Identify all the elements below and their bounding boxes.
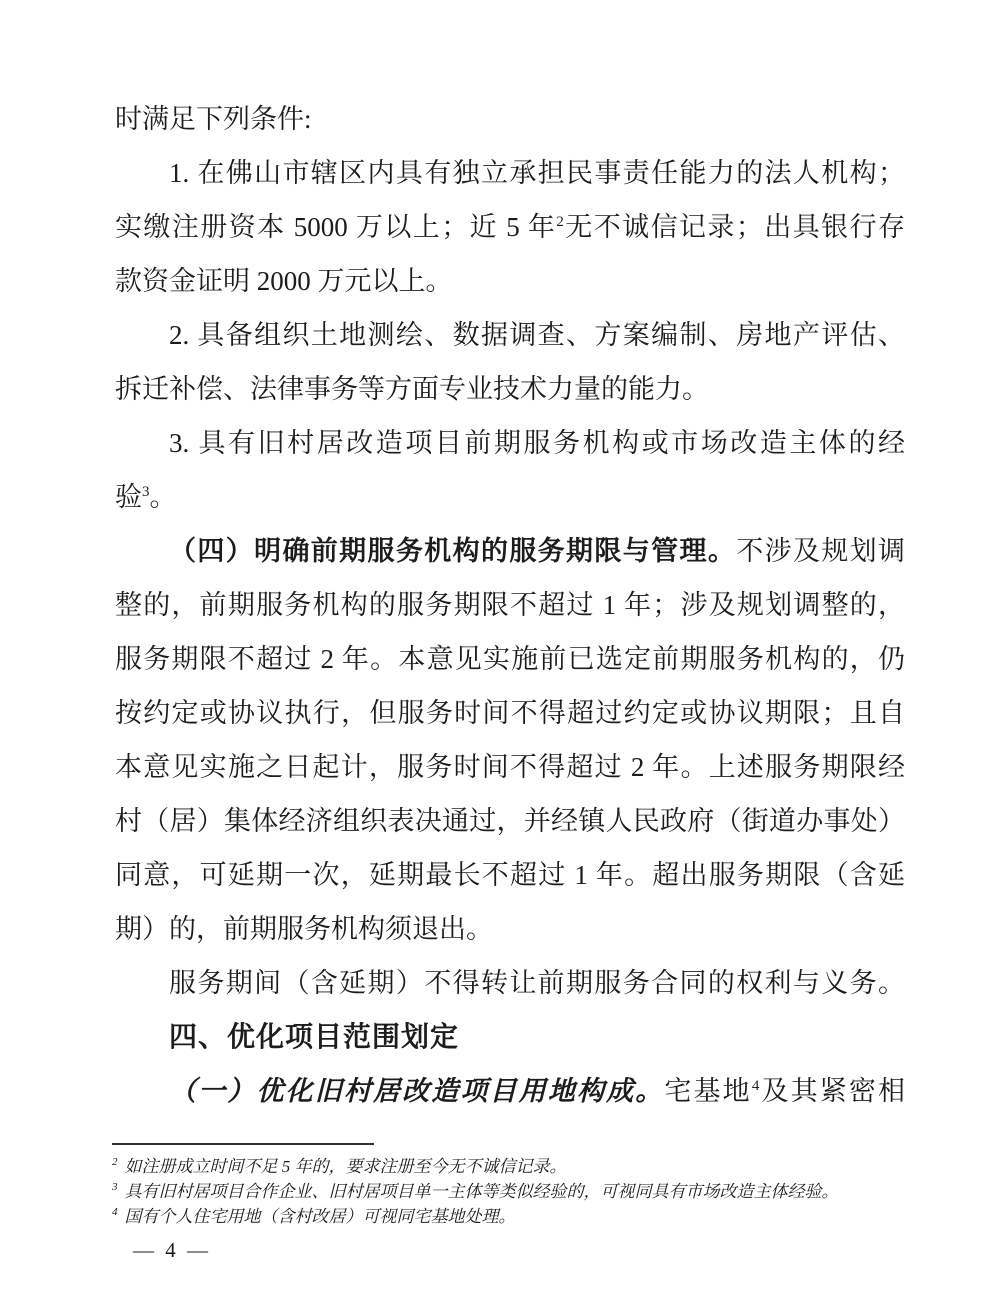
footnote: 2如注册成立时间不足 5 年的，要求注册至今无不诚信记录。 <box>112 1154 982 1179</box>
body-line: 按约定或协议执行，但服务时间不得超过约定或协议期限；且自 <box>115 686 905 740</box>
footnote-ref-3: 3 <box>142 484 150 500</box>
text-run: 无不诚信记录；出具银行存 <box>564 212 905 242</box>
body-text-block: 时满足下列条件: 1. 在佛山市辖区内具有独立承担民事责任能力的法人机构； 实缴… <box>115 92 905 1118</box>
body-line: 服务期限不超过 2 年。本意见实施前已选定前期服务机构的，仍 <box>115 632 905 686</box>
footnotes-block: 2如注册成立时间不足 5 年的，要求注册至今无不诚信记录。 3具有旧村居项目合作… <box>112 1154 982 1229</box>
body-line: 2. 具备组织土地测绘、数据调查、方案编制、房地产评估、 <box>115 308 905 362</box>
footnote-marker-2: 2 <box>112 1156 118 1168</box>
text-run: 实缴注册资本 5000 万以上；近 5 年 <box>115 212 556 242</box>
footnote: 4国有个人住宅用地（含村改居）可视同宅基地处理。 <box>112 1204 982 1229</box>
body-line: （四）明确前期服务机构的服务期限与管理。不涉及规划调 <box>115 524 905 578</box>
page-number: — 4 — <box>133 1238 211 1263</box>
body-line: 服务期间（含延期）不得转让前期服务合同的权利与义务。 <box>115 956 905 1010</box>
section-heading: 四、优化项目范围划定 <box>115 1010 905 1064</box>
text-run: 宅基地 <box>664 1076 751 1106</box>
bold-italic-subheading-run: （一）优化旧村居改造项目用地构成。 <box>169 1076 664 1106</box>
footnote-separator-rule <box>112 1143 374 1145</box>
body-line: 期）的，前期服务机构须退出。 <box>115 902 905 956</box>
body-line: （一）优化旧村居改造项目用地构成。宅基地4及其紧密相 <box>115 1064 905 1118</box>
body-line: 验3。 <box>115 470 905 524</box>
text-run: 。 <box>150 482 177 512</box>
footnote-ref-2: 2 <box>556 214 564 230</box>
text-run: 不涉及规划调 <box>736 536 905 566</box>
text-run: 验 <box>115 482 142 512</box>
footnote-text: 国有个人住宅用地（含村改居）可视同宅基地处理。 <box>125 1207 516 1226</box>
bold-subheading-run: （四）明确前期服务机构的服务期限与管理。 <box>169 536 736 566</box>
text-run: 及其紧密相 <box>759 1076 905 1106</box>
body-line: 拆迁补偿、法律事务等方面专业技术力量的能力。 <box>115 362 905 416</box>
footnote: 3具有旧村居项目合作企业、旧村居项目单一主体等类似经验的，可视同具有市场改造主体… <box>112 1179 982 1204</box>
body-line: 时满足下列条件: <box>115 92 905 146</box>
body-line: 实缴注册资本 5000 万以上；近 5 年2无不诚信记录；出具银行存 <box>115 200 905 254</box>
footnote-text: 如注册成立时间不足 5 年的，要求注册至今无不诚信记录。 <box>125 1157 567 1176</box>
footnote-marker-3: 3 <box>112 1181 118 1193</box>
body-line: 3. 具有旧村居改造项目前期服务机构或市场改造主体的经 <box>115 416 905 470</box>
body-line: 同意，可延期一次，延期最长不超过 1 年。超出服务期限（含延 <box>115 848 905 902</box>
footnote-marker-4: 4 <box>112 1206 118 1218</box>
body-line: 村（居）集体经济组织表决通过，并经镇人民政府（街道办事处） <box>115 794 905 848</box>
body-line: 整的，前期服务机构的服务期限不超过 1 年；涉及规划调整的， <box>115 578 905 632</box>
body-line: 1. 在佛山市辖区内具有独立承担民事责任能力的法人机构； <box>115 146 905 200</box>
footnote-text: 具有旧村居项目合作企业、旧村居项目单一主体等类似经验的，可视同具有市场改造主体经… <box>125 1182 839 1201</box>
body-line: 款资金证明 2000 万元以上。 <box>115 254 905 308</box>
document-page: 时满足下列条件: 1. 在佛山市辖区内具有独立承担民事责任能力的法人机构； 实缴… <box>0 0 1001 1292</box>
body-line: 本意见实施之日起计，服务时间不得超过 2 年。上述服务期限经 <box>115 740 905 794</box>
